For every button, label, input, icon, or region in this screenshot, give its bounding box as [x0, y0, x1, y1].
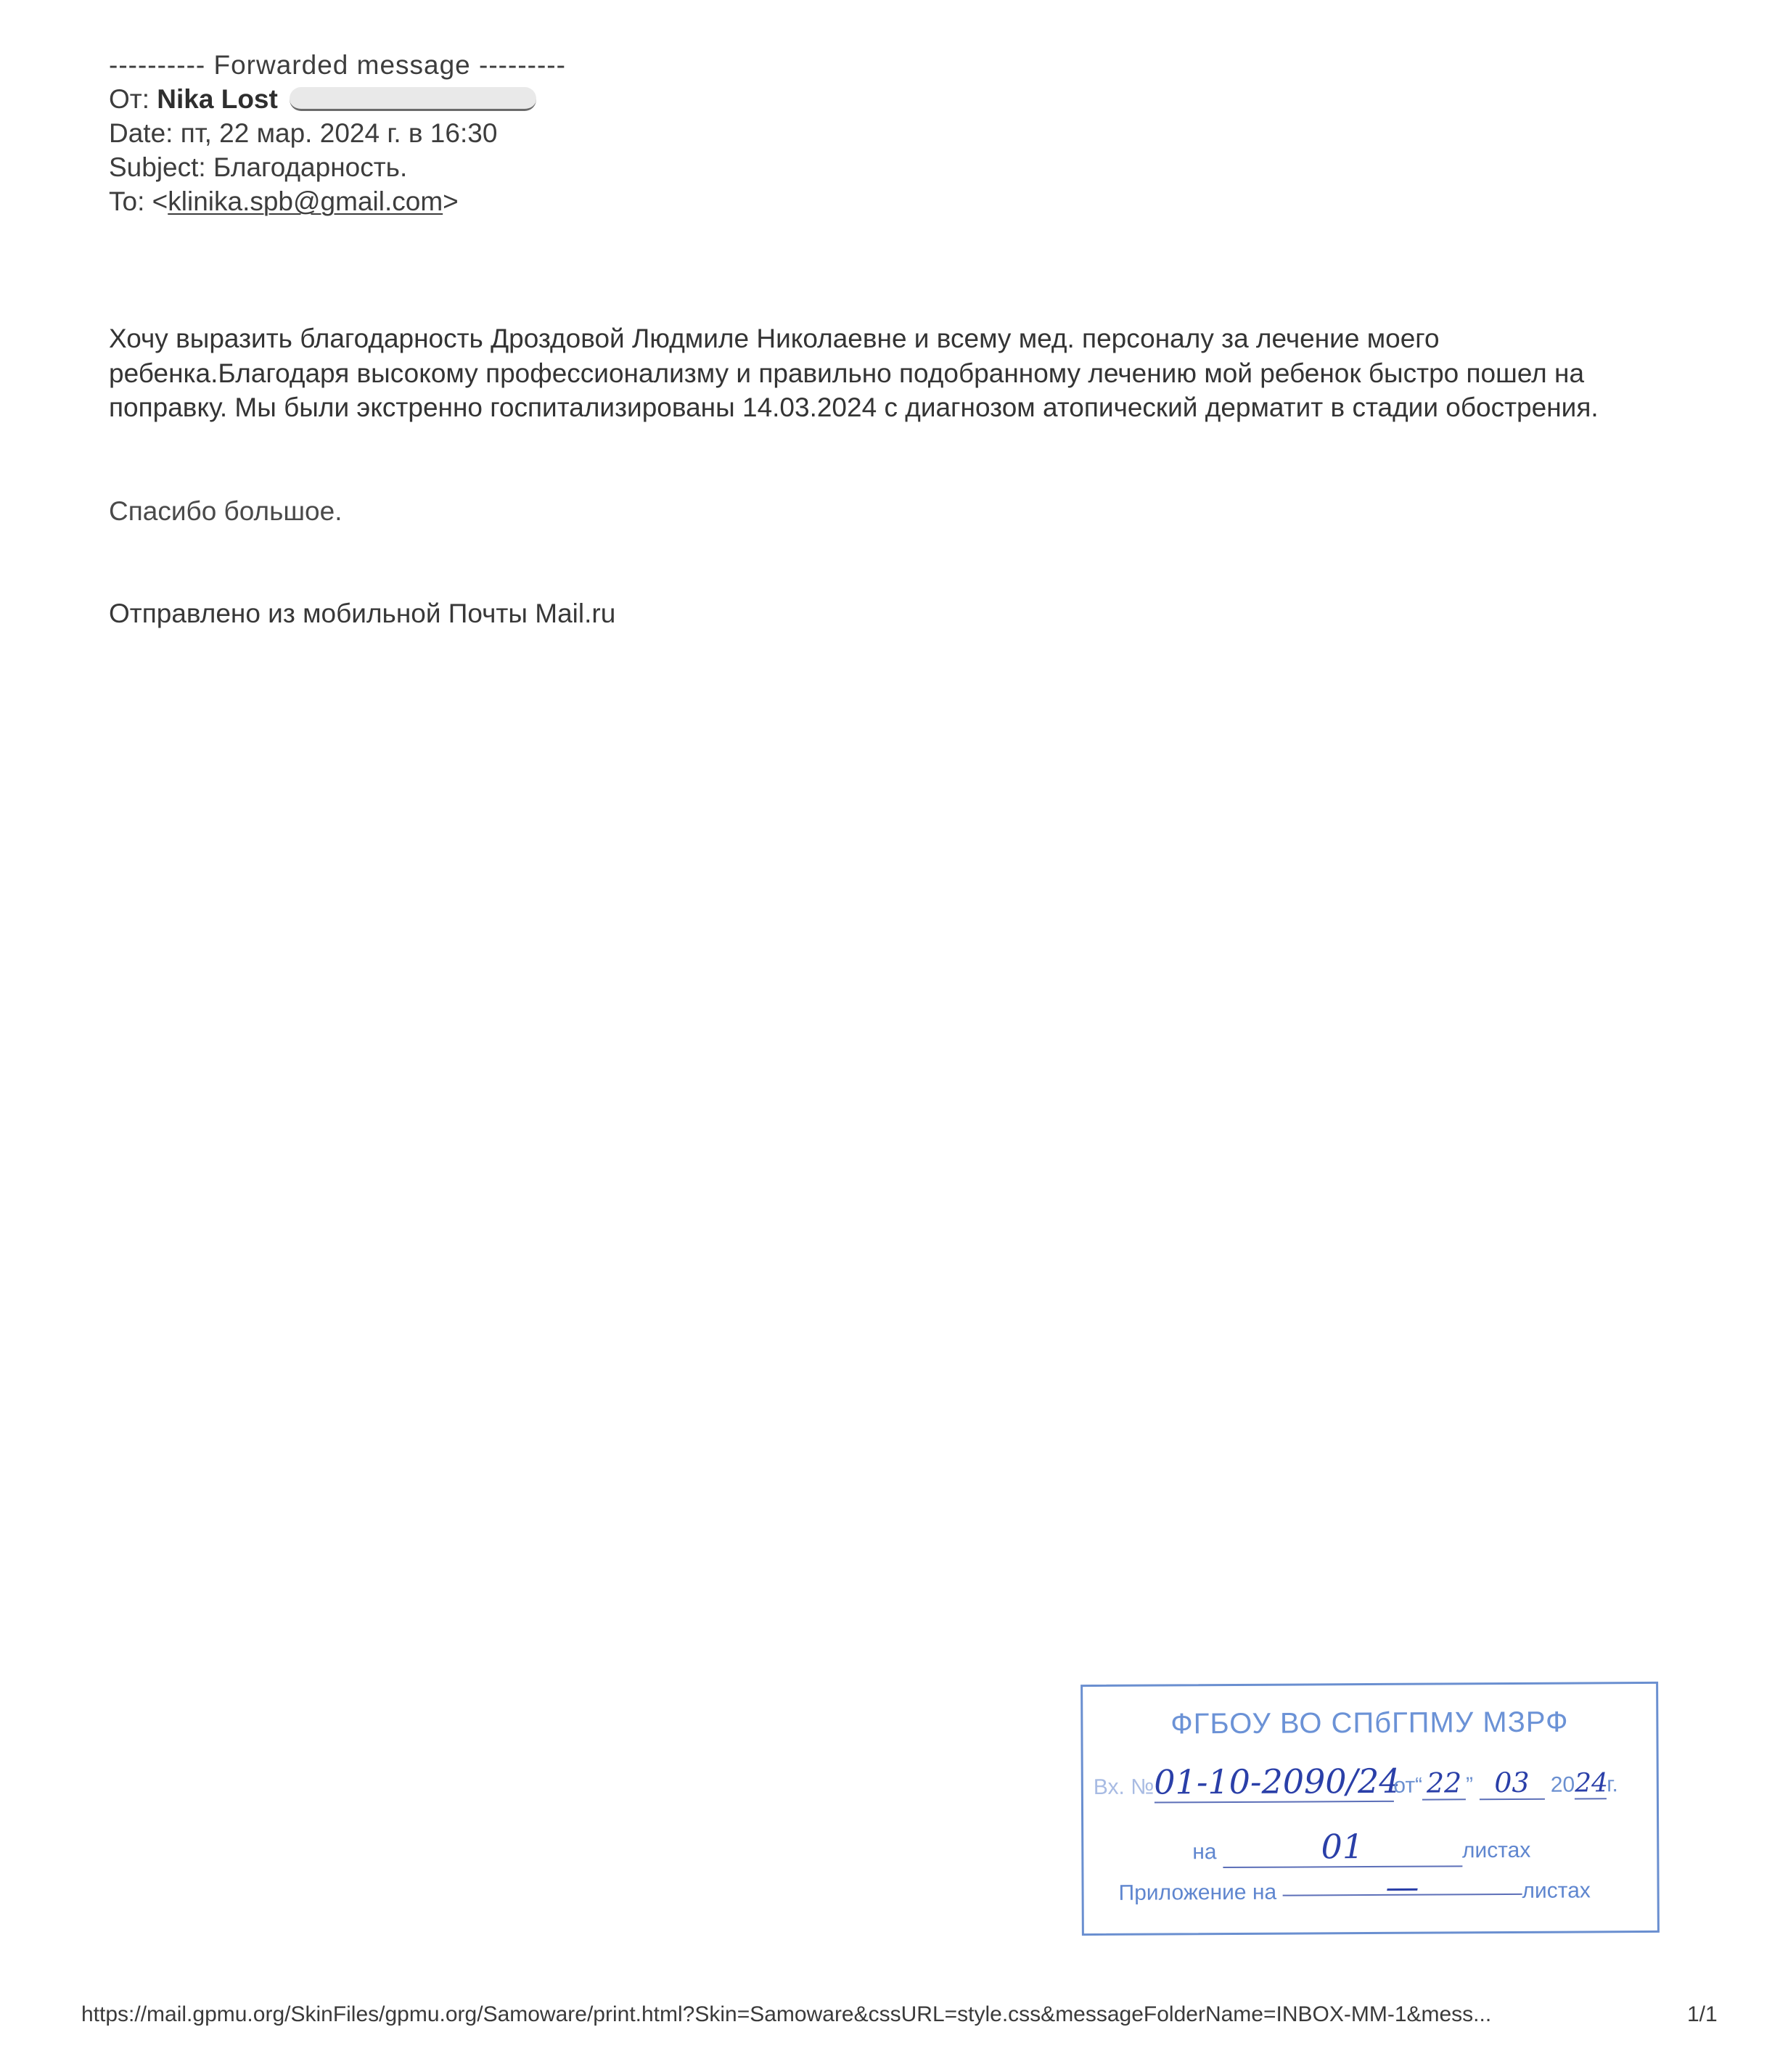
stamp-on-label: на	[1192, 1840, 1216, 1864]
stamp-year-label: г.	[1607, 1772, 1618, 1796]
from-line: От: Nika Lost	[109, 82, 566, 116]
email-header: ---------- Forwarded message --------- О…	[109, 48, 566, 218]
stamp-sheets-row: на 01листах	[1192, 1826, 1530, 1868]
stamp-from-label: от	[1393, 1774, 1415, 1798]
date-value: пт, 22 мар. 2024 г. в 16:30	[181, 118, 498, 148]
stamp-sheets-label: листах	[1462, 1838, 1531, 1862]
to-line: To: <klinika.spb@gmail.com>	[109, 184, 566, 218]
stamp-sheets-count: 01	[1223, 1826, 1462, 1868]
sender-email-redacted	[290, 87, 536, 111]
stamp-incoming-number: 01-10-2090/24	[1154, 1761, 1393, 1804]
message-body: Хочу выразить благодарность Дроздовой Лю…	[109, 321, 1669, 425]
stamp-attachment-label: Приложение на	[1119, 1880, 1277, 1905]
stamp-attachment-row: Приложение на —листах	[1119, 1878, 1591, 1905]
stamp-year-suffix: 24	[1575, 1768, 1607, 1799]
stamp-attachment-sheets-label: листах	[1522, 1878, 1591, 1902]
forwarded-separator: ---------- Forwarded message ---------	[109, 48, 566, 82]
thanks-line: Спасибо большое.	[109, 496, 343, 527]
date-label: Date:	[109, 118, 173, 148]
from-label: От:	[109, 84, 149, 114]
stamp-incoming-row: Вх. №01-10-2090/24от“22” 03 2024г.	[1094, 1760, 1618, 1804]
to-label: To:	[109, 186, 144, 216]
subject-value: Благодарность.	[213, 152, 407, 182]
page-number: 1/1	[1687, 2002, 1718, 2027]
stamp-attachment-count: —	[1282, 1879, 1522, 1896]
message-paragraph: Хочу выразить благодарность Дроздовой Лю…	[109, 321, 1669, 425]
mobile-signature: Отправлено из мобильной Почты Mail.ru	[109, 599, 615, 629]
sender-name: Nika Lost	[157, 84, 278, 114]
stamp-incoming-label: Вх. №	[1094, 1775, 1155, 1799]
stamp-year-prefix: 20	[1551, 1773, 1575, 1797]
print-footer-url: https://mail.gpmu.org/SkinFiles/gpmu.org…	[81, 2002, 1491, 2027]
stamp-month: 03	[1479, 1767, 1544, 1800]
date-line: Date: пт, 22 мар. 2024 г. в 16:30	[109, 116, 566, 150]
stamp-organization: ФГБОУ ВО СПбГПМУ МЗРФ	[1083, 1706, 1656, 1741]
subject-label: Subject:	[109, 152, 206, 182]
stamp-day: 22	[1422, 1767, 1466, 1800]
registration-stamp: ФГБОУ ВО СПбГПМУ МЗРФ Вх. №01-10-2090/24…	[1080, 1682, 1660, 1936]
subject-line: Subject: Благодарность.	[109, 150, 566, 184]
recipient-email-link[interactable]: klinika.spb@gmail.com	[168, 186, 443, 216]
